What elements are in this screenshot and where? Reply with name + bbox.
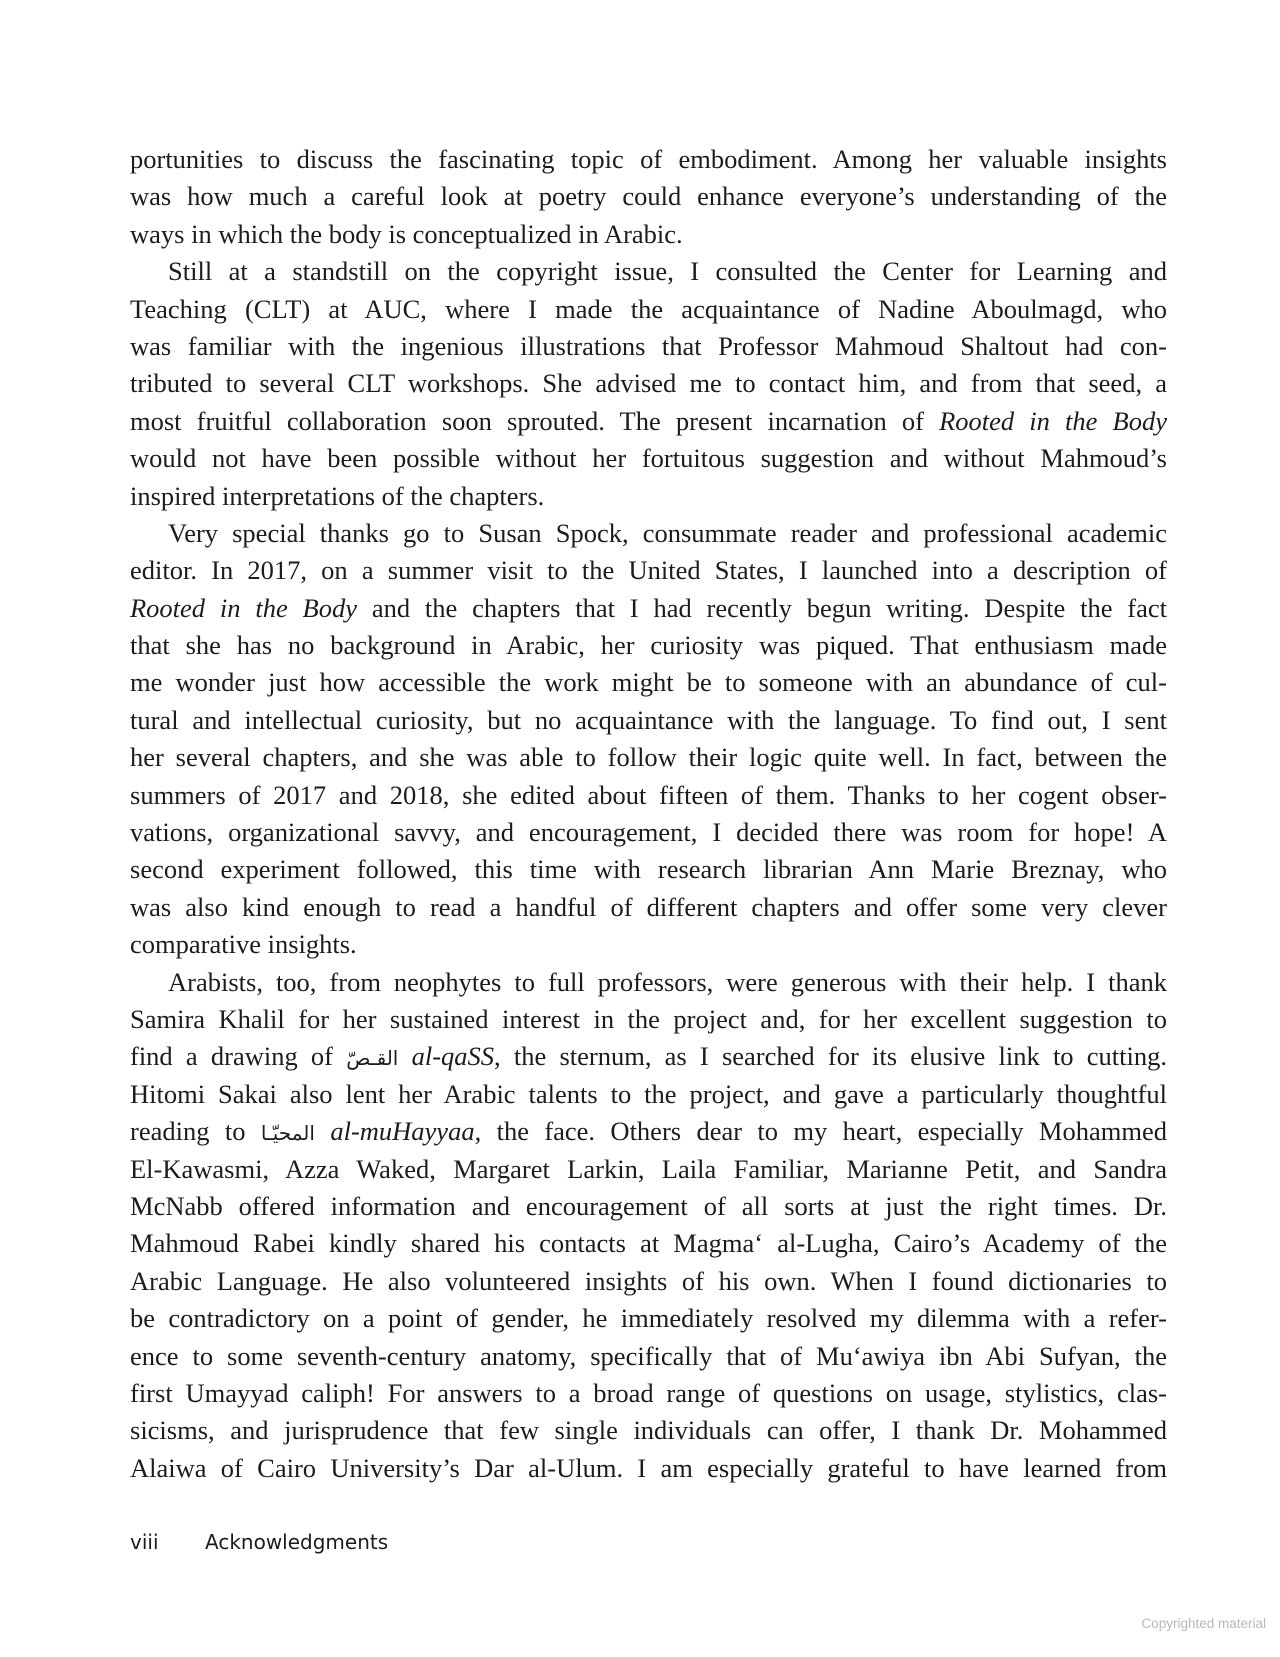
text-line: tributed to several CLT workshops. She a… — [130, 365, 1167, 402]
line-text: reading to — [130, 1116, 261, 1146]
paragraph-first-line: Still at a standstill on the copyright i… — [130, 253, 1167, 290]
transliteration-italic: al-qaSS — [412, 1041, 494, 1071]
text-line: ence to some seventh-century anatomy, sp… — [130, 1338, 1167, 1375]
text-line: her several chapters, and she was able t… — [130, 739, 1167, 776]
text-line: Mahmoud Rabei kindly shared his contacts… — [130, 1225, 1167, 1262]
transliteration-italic: al-muHayyaa, — [330, 1116, 481, 1146]
text-line: that she has no background in Arabic, he… — [130, 627, 1167, 664]
body-text: portunities to discuss the fascinating t… — [130, 141, 1167, 1487]
line-text: most fruitful collaboration soon sproute… — [130, 406, 939, 436]
text-line: first Umayyad caliph! For answers to a b… — [130, 1375, 1167, 1412]
text-line: would not have been possible without her… — [130, 440, 1167, 477]
text-line: find a drawing of القـصّ al-qaSS, the st… — [130, 1038, 1167, 1075]
paragraph-first-line: Arabists, too, from neophytes to full pr… — [130, 964, 1167, 1001]
text-line: me wonder just how accessible the work m… — [130, 664, 1167, 701]
book-title-italic: Rooted in the Body — [939, 406, 1167, 436]
text-line: summers of 2017 and 2018, she edited abo… — [130, 777, 1167, 814]
text-line: Hitomi Sakai also lent her Arabic talent… — [130, 1076, 1167, 1113]
text-line: was how much a careful look at poetry co… — [130, 178, 1167, 215]
line-text: and the chapters that I had recently beg… — [357, 593, 1167, 623]
book-page: portunities to discuss the fascinating t… — [0, 0, 1280, 1657]
text-line: editor. In 2017, on a summer visit to th… — [130, 552, 1167, 589]
text-line: inspired interpretations of the chapters… — [130, 478, 1167, 515]
book-title-italic: Rooted in the Body — [130, 593, 357, 623]
text-line: reading to المحيّـا al-muHayyaa, the fac… — [130, 1113, 1167, 1150]
line-text: the face. Others dear to my heart, espec… — [481, 1116, 1167, 1146]
text-line: El-Kawasmi, Azza Waked, Margaret Larkin,… — [130, 1151, 1167, 1188]
text-line: Rooted in the Body and the chapters that… — [130, 590, 1167, 627]
text-line: Samira Khalil for her sustained interest… — [130, 1001, 1167, 1038]
line-text: find a drawing of — [130, 1041, 346, 1071]
arabic-term: المحيّـا — [261, 1121, 315, 1145]
paragraph-first-line: Very special thanks go to Susan Spock, c… — [130, 515, 1167, 552]
text-line: portunities to discuss the fascinating t… — [130, 141, 1167, 178]
text-line: was also kind enough to read a handful o… — [130, 889, 1167, 926]
text-line: Alaiwa of Cairo University’s Dar al-Ulum… — [130, 1450, 1167, 1487]
text-line: tural and intellectual curiosity, but no… — [130, 702, 1167, 739]
text-line: Teaching (CLT) at AUC, where I made the … — [130, 291, 1167, 328]
text-line: was familiar with the ingenious illustra… — [130, 328, 1167, 365]
text-line: vations, organizational savvy, and encou… — [130, 814, 1167, 851]
copyright-watermark: Copyrighted material — [1141, 1616, 1266, 1631]
page-footer: viii Acknowledgments — [130, 1530, 388, 1554]
page-number: viii — [130, 1530, 205, 1554]
arabic-term: القـصّ — [346, 1046, 398, 1070]
line-text: , the sternum, as I searched for its elu… — [494, 1041, 1167, 1071]
running-head: Acknowledgments — [205, 1530, 388, 1554]
text-line: ways in which the body is conceptualized… — [130, 216, 1167, 253]
text-line: second experiment followed, this time wi… — [130, 851, 1167, 888]
text-line: sicisms, and jurisprudence that few sing… — [130, 1412, 1167, 1449]
text-line: Arabic Language. He also volunteered ins… — [130, 1263, 1167, 1300]
text-line: be contradictory on a point of gender, h… — [130, 1300, 1167, 1337]
text-line: comparative insights. — [130, 926, 1167, 963]
text-line: McNabb offered information and encourage… — [130, 1188, 1167, 1225]
text-line: most fruitful collaboration soon sproute… — [130, 403, 1167, 440]
